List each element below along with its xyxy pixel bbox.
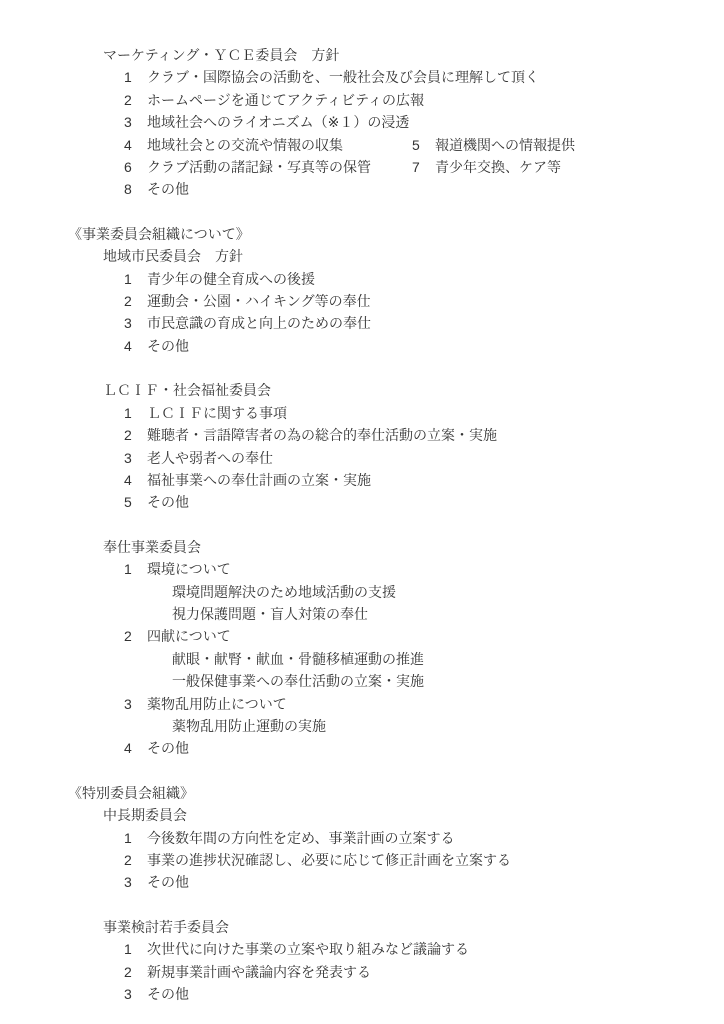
item-text: 事業の進捗状況確認し、必要に応じて修正計画を立案する: [147, 849, 511, 871]
item-text: その他: [147, 335, 189, 357]
item-text: 環境について: [147, 558, 231, 580]
item-text: 難聴者・言語障害者の為の総合的奉仕活動の立案・実施: [147, 424, 497, 446]
section-heading: 《事業委員会組織について》: [68, 223, 724, 245]
item-number: 1: [124, 66, 147, 88]
item-number: 3: [124, 871, 147, 893]
item-number: 1: [124, 827, 147, 849]
document-page: マーケティング・ＹＣＥ委員会 方針1クラブ・国際協会の活動を、一般社会及び会員に…: [0, 0, 724, 1024]
item-number: 2: [124, 961, 147, 983]
item-text: 老人や弱者への奉仕: [147, 447, 273, 469]
policy-item-row: 6クラブ活動の諸記録・写真等の保管7青少年交換、ケア等: [124, 156, 724, 178]
item-text: 今後数年間の方向性を定め、事業計画の立案する: [147, 827, 454, 849]
item-text: 福祉事業への奉仕計画の立案・実施: [147, 469, 371, 491]
item-number: 3: [124, 111, 147, 133]
sub-item-text: 視力保護問題・盲人対策の奉仕: [172, 603, 724, 625]
section-heading-block: 《特別委員会組織》: [0, 782, 724, 804]
item-text-col2: 報道機関への情報提供: [435, 134, 575, 156]
policy-item-row: 3地域社会へのライオニズム（※１）の浸透: [124, 111, 724, 133]
item-text: クラブ・国際協会の活動を、一般社会及び会員に理解して頂く: [147, 66, 539, 88]
item-text: その他: [147, 983, 189, 1005]
policy-item-row: 4その他: [124, 335, 724, 357]
item-text: 新規事業計画や議論内容を発表する: [147, 961, 371, 983]
item-number: 1: [124, 938, 147, 960]
policy-item-row: 3老人や弱者への奉仕: [124, 447, 724, 469]
item-text: 地域社会との交流や情報の収集: [147, 134, 412, 156]
item-number: 3: [124, 983, 147, 1005]
policy-item-row: 4その他: [124, 737, 724, 759]
committee-block: 奉仕事業委員会1環境について環境問題解決のため地域活動の支援視力保護問題・盲人対…: [0, 536, 724, 760]
item-text: 地域社会へのライオニズム（※１）の浸透: [147, 111, 409, 133]
item-text: その他: [147, 871, 189, 893]
policy-item-row: 3その他: [124, 983, 724, 1005]
policy-item-row: 2運動会・公園・ハイキング等の奉仕: [124, 290, 724, 312]
item-text: 青少年の健全育成への後援: [147, 268, 315, 290]
item-number: 3: [124, 312, 147, 334]
item-number: 2: [124, 89, 147, 111]
policy-item-row: 2四献について: [124, 625, 724, 647]
item-number: 3: [124, 447, 147, 469]
committee-title: 中長期委員会: [103, 804, 724, 826]
item-number: 6: [124, 156, 147, 178]
policy-item-row: 3市民意識の育成と向上のための奉仕: [124, 312, 724, 334]
committee-title: 地域市民委員会 方針: [103, 245, 724, 267]
policy-item-row: 1青少年の健全育成への後援: [124, 268, 724, 290]
item-text: その他: [147, 737, 189, 759]
committee-block: 事業検討若手委員会1次世代に向けた事業の立案や取り組みなど議論する2新規事業計画…: [0, 916, 724, 1006]
item-number: 1: [124, 402, 147, 424]
item-text: 市民意識の育成と向上のための奉仕: [147, 312, 371, 334]
item-text: 四献について: [147, 625, 231, 647]
policy-item-row: 1クラブ・国際協会の活動を、一般社会及び会員に理解して頂く: [124, 66, 724, 88]
policy-item-row: 4福祉事業への奉仕計画の立案・実施: [124, 469, 724, 491]
item-number: 4: [124, 469, 147, 491]
item-number: 2: [124, 290, 147, 312]
item-text: ＬＣＩＦに関する事項: [147, 402, 287, 424]
item-text: ホームページを通じてアクティビティの広報: [147, 89, 424, 111]
policy-item-row: 4地域社会との交流や情報の収集5報道機関への情報提供: [124, 134, 724, 156]
policy-item-row: 2事業の進捗状況確認し、必要に応じて修正計画を立案する: [124, 849, 724, 871]
item-text: 薬物乱用防止について: [147, 693, 287, 715]
policy-item-row: 2ホームページを通じてアクティビティの広報: [124, 89, 724, 111]
item-number: 4: [124, 335, 147, 357]
item-text: その他: [147, 178, 189, 200]
committee-block: 地域市民委員会 方針1青少年の健全育成への後援2運動会・公園・ハイキング等の奉仕…: [0, 245, 724, 357]
item-number: 4: [124, 737, 147, 759]
sub-item-text: 環境問題解決のため地域活動の支援: [172, 581, 724, 603]
committee-title: 奉仕事業委員会: [103, 536, 724, 558]
policy-item-row: 2難聴者・言語障害者の為の総合的奉仕活動の立案・実施: [124, 424, 724, 446]
item-number: 1: [124, 268, 147, 290]
item-text: 運動会・公園・ハイキング等の奉仕: [147, 290, 371, 312]
policy-item-row: 1ＬＣＩＦに関する事項: [124, 402, 724, 424]
policy-item-row: 3その他: [124, 871, 724, 893]
item-text: その他: [147, 491, 189, 513]
committee-title: マーケティング・ＹＣＥ委員会 方針: [103, 44, 724, 66]
policy-item-row: 5その他: [124, 491, 724, 513]
item-number: 3: [124, 693, 147, 715]
sub-item-text: 一般保健事業への奉仕活動の立案・実施: [172, 670, 724, 692]
policy-item-row: 2新規事業計画や議論内容を発表する: [124, 961, 724, 983]
policy-item-row: 3薬物乱用防止について: [124, 693, 724, 715]
sub-item-text: 献眼・献腎・献血・骨髄移植運動の推進: [172, 648, 724, 670]
item-number: 2: [124, 849, 147, 871]
item-text: 次世代に向けた事業の立案や取り組みなど議論する: [147, 938, 469, 960]
item-number: 5: [124, 491, 147, 513]
policy-item-row: 1環境について: [124, 558, 724, 580]
committee-title: ＬＣＩＦ・社会福祉委員会: [103, 379, 724, 401]
policy-item-row: 8その他: [124, 178, 724, 200]
item-number-col2: 5: [412, 134, 435, 156]
section-heading-block: 《事業委員会組織について》: [0, 223, 724, 245]
item-number-col2: 7: [412, 156, 435, 178]
item-text-col2: 青少年交換、ケア等: [435, 156, 561, 178]
committee-block: 中長期委員会1今後数年間の方向性を定め、事業計画の立案する2事業の進捗状況確認し…: [0, 804, 724, 894]
item-number: 2: [124, 424, 147, 446]
item-text: クラブ活動の諸記録・写真等の保管: [147, 156, 412, 178]
sub-item-text: 薬物乱用防止運動の実施: [172, 715, 724, 737]
committee-title: 事業検討若手委員会: [103, 916, 724, 938]
committee-block: ＬＣＩＦ・社会福祉委員会1ＬＣＩＦに関する事項2難聴者・言語障害者の為の総合的奉…: [0, 379, 724, 513]
item-number: 2: [124, 625, 147, 647]
committee-block: マーケティング・ＹＣＥ委員会 方針1クラブ・国際協会の活動を、一般社会及び会員に…: [0, 44, 724, 201]
section-heading: 《特別委員会組織》: [68, 782, 724, 804]
item-number: 8: [124, 178, 147, 200]
policy-item-row: 1次世代に向けた事業の立案や取り組みなど議論する: [124, 938, 724, 960]
item-number: 1: [124, 558, 147, 580]
policy-item-row: 1今後数年間の方向性を定め、事業計画の立案する: [124, 827, 724, 849]
item-number: 4: [124, 134, 147, 156]
